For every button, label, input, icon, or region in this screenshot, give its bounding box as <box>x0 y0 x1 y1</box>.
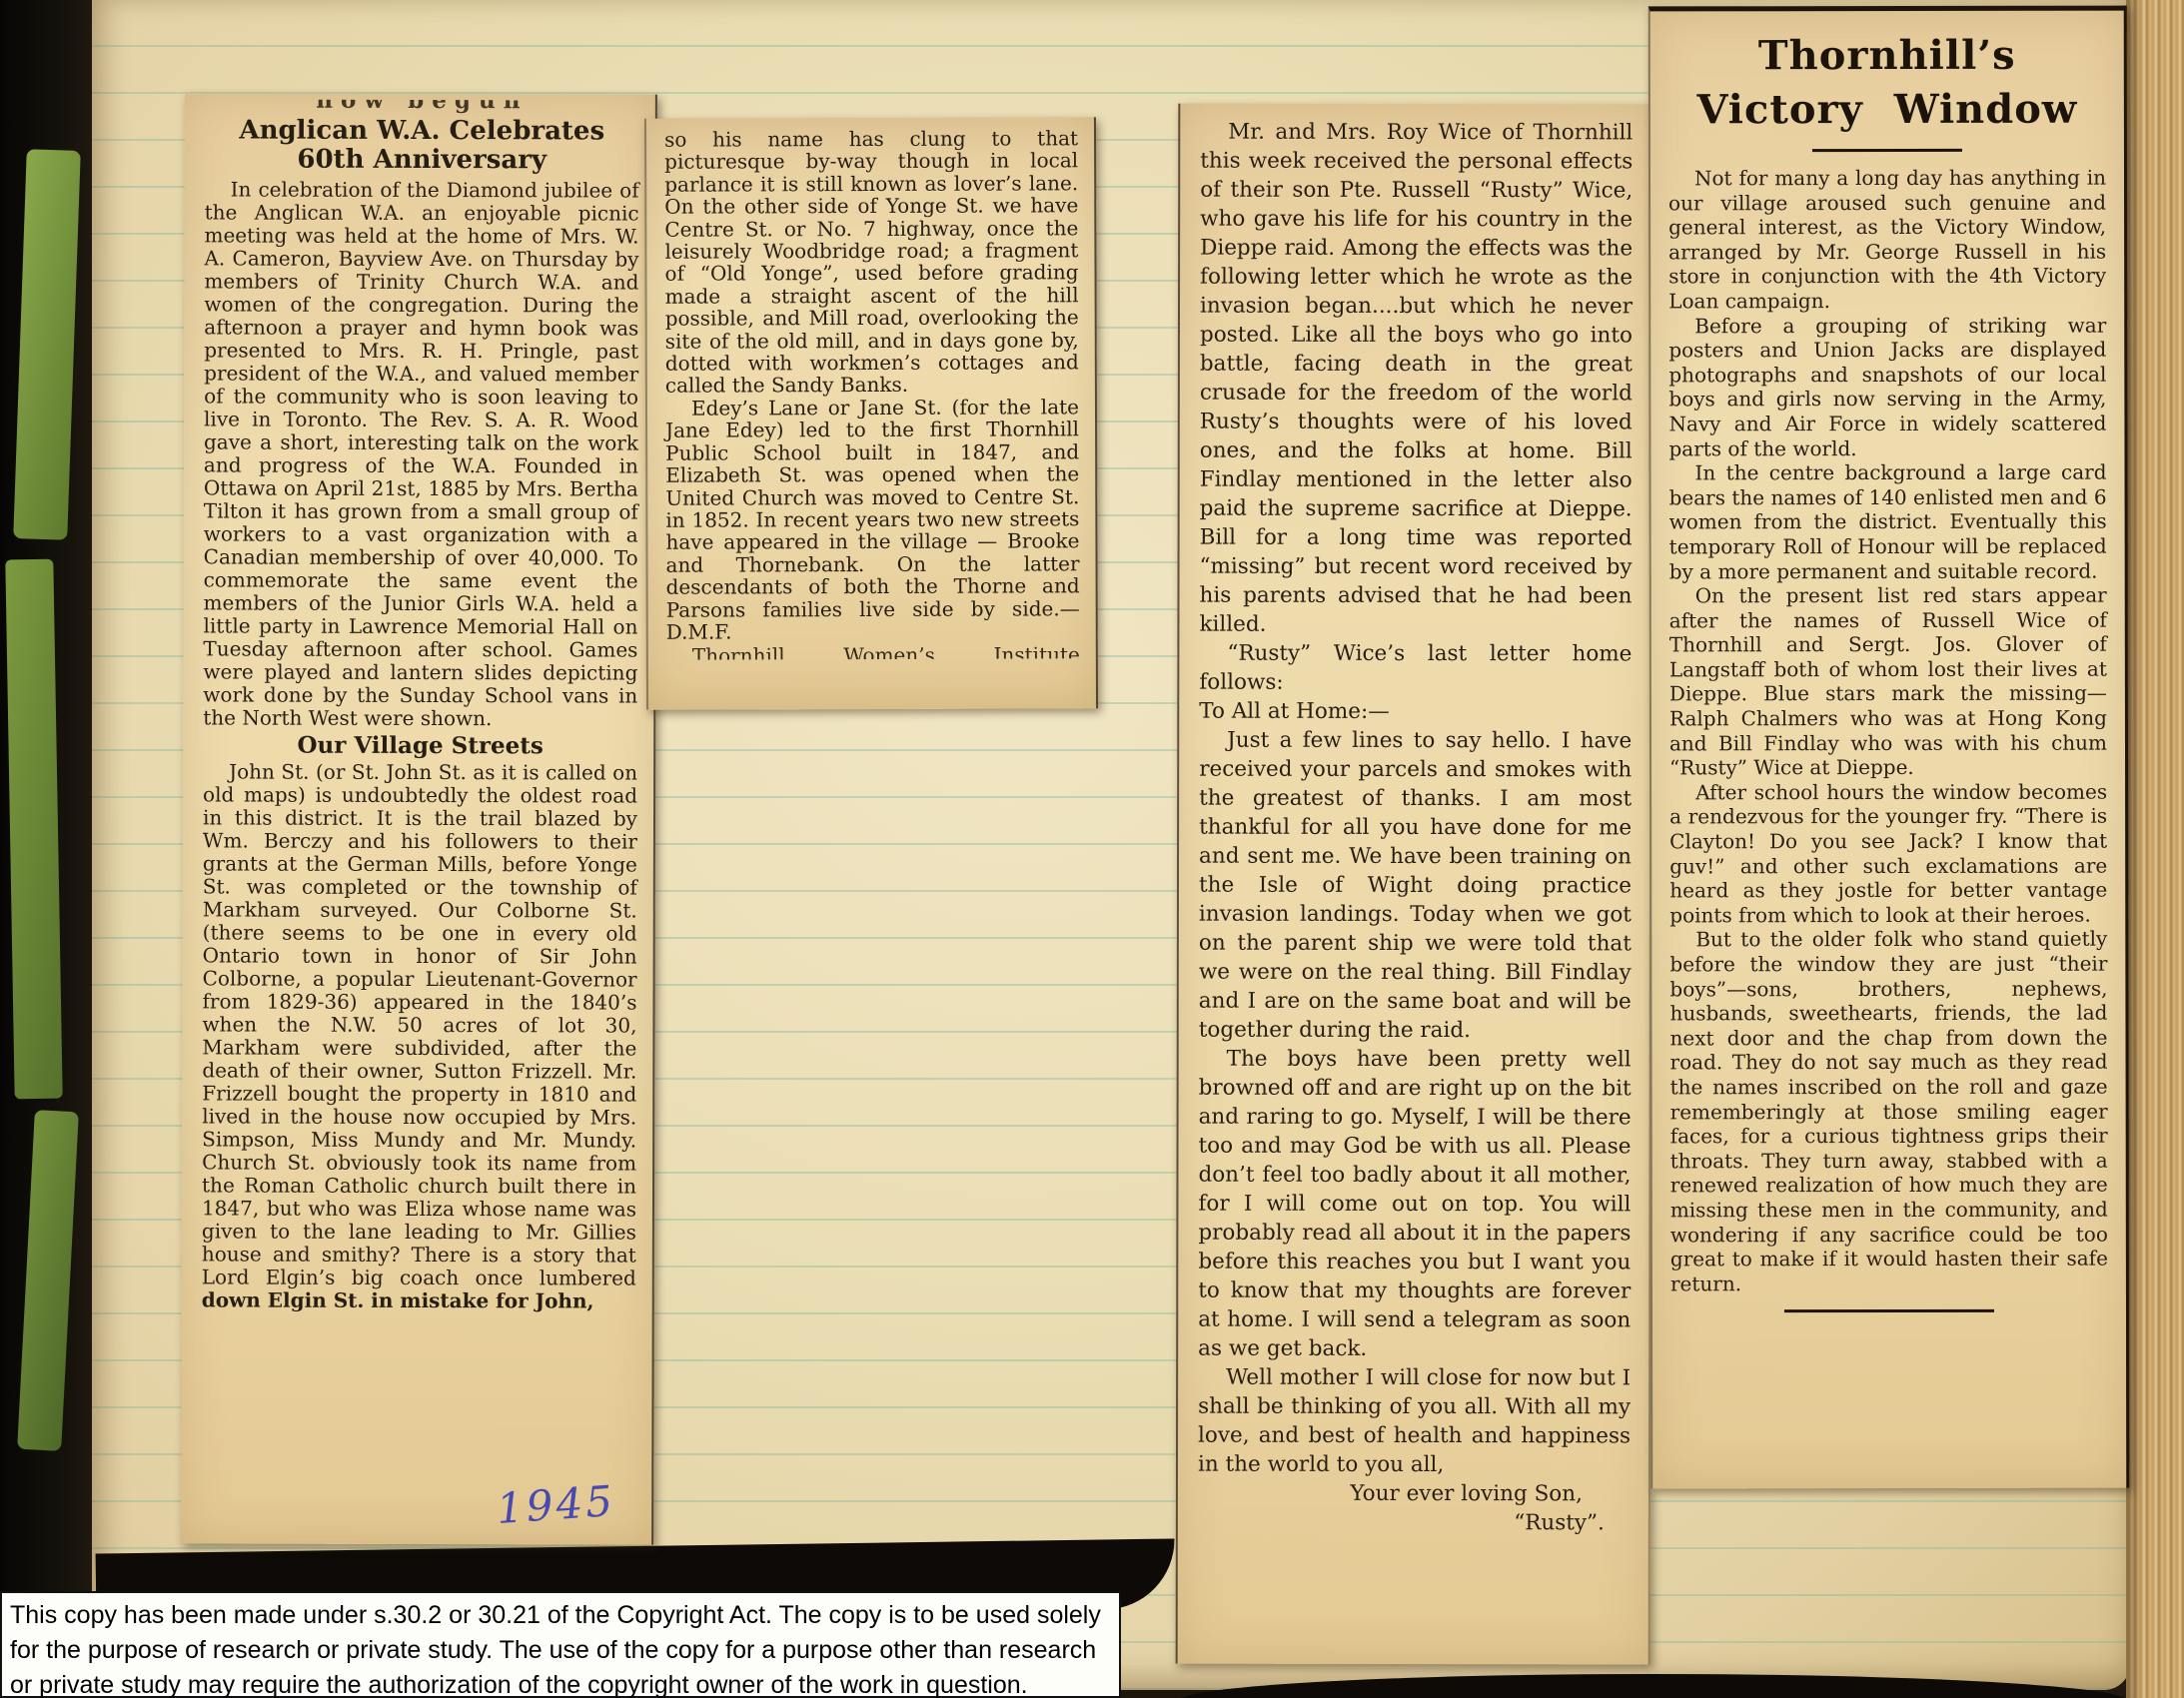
page-fore-edge <box>2126 0 2184 1698</box>
victory-paragraph-6: But to the older folk who stand quietly … <box>1669 927 2108 1296</box>
book-cover-green-strip-top <box>13 149 81 540</box>
wice-paragraph-1: Mr. and Mrs. Roy Wice of Thornhill this … <box>1199 118 1633 640</box>
victory-paragraph-5: After school hours the window becomes a … <box>1669 779 2107 927</box>
handwritten-year: 1945 <box>495 1476 616 1533</box>
headline-divider-rule <box>1812 149 1962 152</box>
subhead-our-village-streets: Our Village Streets <box>203 731 637 759</box>
village-streets-paragraph: John St. (or St. John St. as it is calle… <box>202 760 637 1312</box>
anglican-paragraph-1: In celebration of the Diamond jubilee of… <box>203 178 638 730</box>
letter-paragraph-1: Just a few lines to say hello. I have re… <box>1199 726 1633 1046</box>
letter-signoff-line: Your ever loving Son, <box>1198 1479 1631 1509</box>
streets-continued-paragraph-1: so his name has clung to that picturesqu… <box>664 127 1079 397</box>
victory-paragraph-1: Not for many a long day has anything in … <box>1668 166 2106 314</box>
cut-off-previous-line: now begun <box>205 99 639 115</box>
wice-paragraph-2: “Rusty” Wice’s last letter home follows: <box>1199 639 1632 698</box>
book-cover-green-strip-bottom <box>17 1110 79 1451</box>
victory-paragraph-2: Before a grouping of striking war poster… <box>1668 313 2106 460</box>
letter-paragraph-3: Well mother I will close for now but I s… <box>1198 1363 1631 1480</box>
clipping-anglican-wa: now begun Anglican W.A. Celebrates 60th … <box>181 93 657 1544</box>
clipping-rusty-wice-letter: Mr. and Mrs. Roy Wice of Thornhill this … <box>1176 104 1653 1665</box>
cut-off-next-line: Thornhill Women’s Institute met <box>666 642 1080 660</box>
book-cover-green-strip-middle <box>5 559 62 1100</box>
letter-paragraph-2: The boys have been pretty well browned o… <box>1198 1045 1632 1364</box>
headline-anglican-wa: Anglican W.A. Celebrates 60th Anniversar… <box>205 116 639 175</box>
headline-victory-window: Thornhill’s Victory Window <box>1668 29 2106 138</box>
copyright-line-1: This copy has been made under s.30.2 or … <box>10 1598 1109 1633</box>
clipping-village-streets-continued: so his name has clung to that picturesqu… <box>644 117 1098 710</box>
streets-continued-paragraph-2: Edey’s Lane or Jane St. (for the late Ja… <box>665 396 1080 643</box>
copyright-line-2: for the purpose of research or private s… <box>10 1633 1109 1668</box>
clipping-victory-window: Thornhill’s Victory Window Not for many … <box>1648 6 2130 1489</box>
article-end-rule <box>1784 1309 1994 1312</box>
village-streets-text: John St. (or St. John St. as it is calle… <box>202 760 637 1290</box>
victory-paragraph-3: In the centre background a large card be… <box>1668 460 2106 584</box>
cut-off-text: now begun <box>316 99 528 112</box>
letter-salutation: To All at Home:— <box>1199 697 1632 727</box>
copyright-line-3: or private study may require the authori… <box>10 1668 1109 1698</box>
victory-paragraph-4: On the present list red stars appear aft… <box>1669 583 2107 781</box>
village-streets-bold-tail: down Elgin St. in mistake for John, <box>202 1287 594 1312</box>
letter-signature: “Rusty”. <box>1198 1508 1631 1538</box>
copyright-stamp: This copy has been made under s.30.2 or … <box>0 1591 1121 1698</box>
